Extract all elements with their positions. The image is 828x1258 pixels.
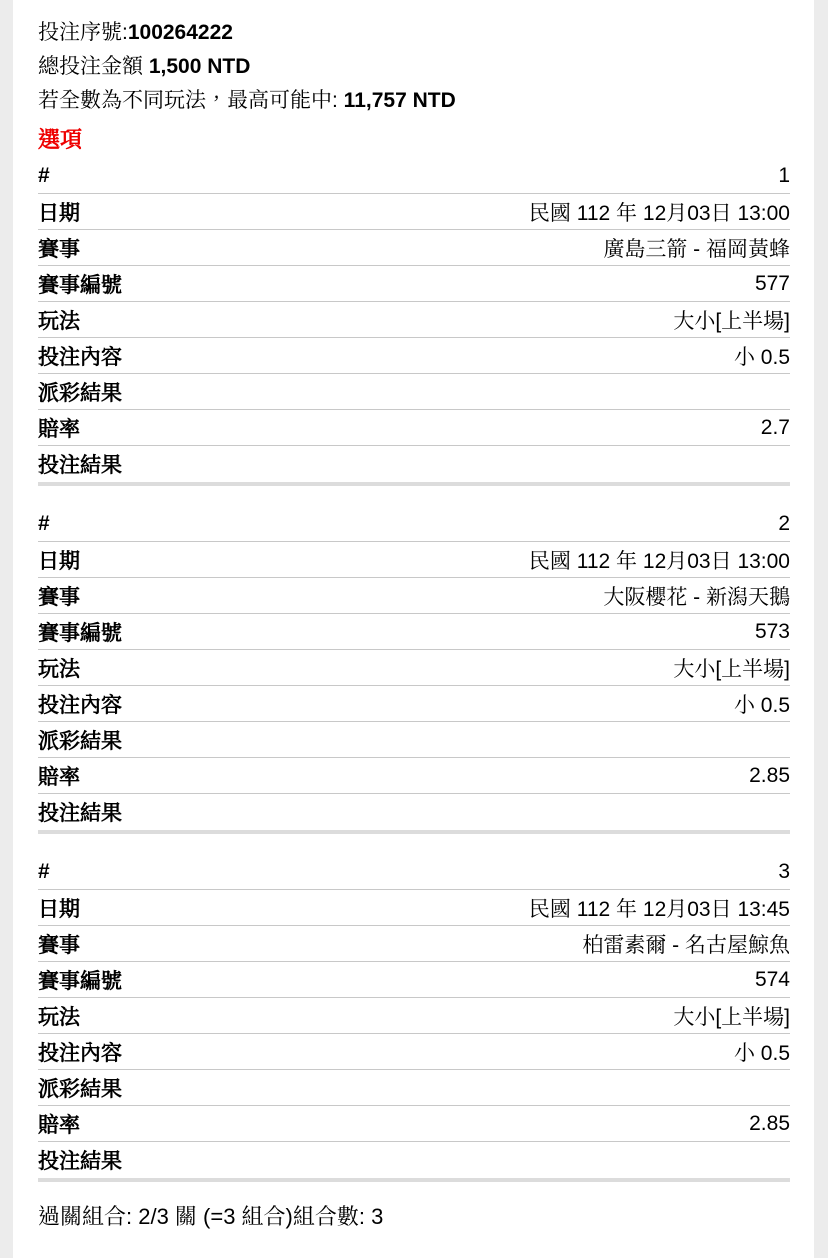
bet-row-event-no: 賽事編號574	[38, 962, 790, 998]
row-label: 賽事編號	[38, 617, 122, 647]
row-value: 大小[上半場]	[673, 1001, 790, 1031]
options-title: 選項	[38, 122, 790, 158]
bet-row-bet-result: 投注結果	[38, 794, 790, 830]
row-label: 玩法	[38, 1001, 80, 1031]
parlay-combination-summary: 過關組合: 2/3 關 (=3 組合)組合數: 3	[38, 1182, 790, 1234]
bet-row-event: 賽事廣島三箭 - 福岡黃蜂	[38, 230, 790, 266]
bet-row-index: #1	[38, 158, 790, 194]
row-value: 民國 112 年 12月03日 13:45	[529, 893, 790, 923]
row-value: 小 0.5	[734, 341, 790, 371]
row-label: 玩法	[38, 653, 80, 683]
row-value: 大阪櫻花 - 新潟天鵝	[603, 581, 790, 611]
bet-row-event: 賽事柏雷素爾 - 名古屋鯨魚	[38, 926, 790, 962]
total-amount-label: 總投注金額	[38, 55, 149, 78]
bet-row-odds: 賠率2.85	[38, 758, 790, 794]
row-label: 賽事	[38, 581, 80, 611]
row-value: 大小[上半場]	[673, 653, 790, 683]
row-value: 民國 112 年 12月03日 13:00	[529, 545, 790, 575]
row-value: 577	[755, 272, 790, 296]
bet-row-event-no: 賽事編號573	[38, 614, 790, 650]
row-value: 573	[755, 620, 790, 644]
row-label: 賠率	[38, 1109, 80, 1139]
bet-table: #2日期民國 112 年 12月03日 13:00賽事大阪櫻花 - 新潟天鵝賽事…	[38, 506, 790, 830]
row-value: 柏雷素爾 - 名古屋鯨魚	[582, 929, 790, 959]
row-label: 投注結果	[38, 449, 122, 479]
bet-serial-value: 100264222	[128, 21, 233, 44]
row-label: 賠率	[38, 761, 80, 791]
bet-row-index: #3	[38, 854, 790, 890]
bet-row-payout-result: 派彩結果	[38, 722, 790, 758]
row-value: 小 0.5	[734, 1037, 790, 1067]
bet-row-date: 日期民國 112 年 12月03日 13:45	[38, 890, 790, 926]
bet-row-bet-content: 投注內容小 0.5	[38, 686, 790, 722]
section-divider	[38, 482, 790, 486]
row-label: 投注結果	[38, 797, 122, 827]
bet-row-event-no: 賽事編號577	[38, 266, 790, 302]
bet-row-odds: 賠率2.7	[38, 410, 790, 446]
bet-row-payout-result: 派彩結果	[38, 1070, 790, 1106]
row-label: 日期	[38, 197, 80, 227]
max-win-value: 11,757 NTD	[344, 89, 456, 112]
row-label: #	[38, 512, 50, 536]
row-value: 2.7	[761, 416, 790, 440]
bet-row-date: 日期民國 112 年 12月03日 13:00	[38, 542, 790, 578]
bet-record-card: 投注序號:100264222 總投注金額 1,500 NTD 若全數為不同玩法，…	[13, 0, 814, 1258]
row-value: 廣島三箭 - 福岡黃蜂	[603, 233, 790, 263]
bet-serial-line: 投注序號:100264222	[38, 16, 790, 50]
row-label: 派彩結果	[38, 725, 122, 755]
row-label: #	[38, 164, 50, 188]
row-value: 574	[755, 968, 790, 992]
bet-row-play-type: 玩法大小[上半場]	[38, 998, 790, 1034]
row-label: #	[38, 860, 50, 884]
row-value: 大小[上半場]	[673, 305, 790, 335]
row-label: 投注內容	[38, 689, 122, 719]
row-label: 日期	[38, 893, 80, 923]
bet-row-event: 賽事大阪櫻花 - 新潟天鵝	[38, 578, 790, 614]
bet-row-date: 日期民國 112 年 12月03日 13:00	[38, 194, 790, 230]
row-label: 派彩結果	[38, 377, 122, 407]
bet-row-bet-content: 投注內容小 0.5	[38, 1034, 790, 1070]
bet-serial-label: 投注序號:	[38, 21, 128, 44]
row-label: 投注內容	[38, 341, 122, 371]
row-label: 賠率	[38, 413, 80, 443]
row-label: 賽事編號	[38, 965, 122, 995]
bet-row-bet-result: 投注結果	[38, 1142, 790, 1178]
total-amount-line: 總投注金額 1,500 NTD	[38, 50, 790, 84]
bet-row-odds: 賠率2.85	[38, 1106, 790, 1142]
bet-row-bet-content: 投注內容小 0.5	[38, 338, 790, 374]
bet-table: #1日期民國 112 年 12月03日 13:00賽事廣島三箭 - 福岡黃蜂賽事…	[38, 158, 790, 482]
bet-row-index: #2	[38, 506, 790, 542]
bets-list: #1日期民國 112 年 12月03日 13:00賽事廣島三箭 - 福岡黃蜂賽事…	[38, 158, 790, 1182]
row-label: 賽事編號	[38, 269, 122, 299]
row-label: 賽事	[38, 929, 80, 959]
row-value: 小 0.5	[734, 689, 790, 719]
row-label: 投注內容	[38, 1037, 122, 1067]
row-value: 2.85	[749, 1112, 790, 1136]
max-win-line: 若全數為不同玩法，最高可能中: 11,757 NTD	[38, 84, 790, 118]
row-value: 2.85	[749, 764, 790, 788]
row-label: 日期	[38, 545, 80, 575]
row-label: 投注結果	[38, 1145, 122, 1175]
bet-row-play-type: 玩法大小[上半場]	[38, 302, 790, 338]
section-divider	[38, 830, 790, 834]
row-value: 民國 112 年 12月03日 13:00	[529, 197, 790, 227]
row-value: 3	[778, 860, 790, 884]
total-amount-value: 1,500 NTD	[149, 55, 251, 78]
bet-row-bet-result: 投注結果	[38, 446, 790, 482]
row-value: 1	[778, 164, 790, 188]
row-label: 賽事	[38, 233, 80, 263]
max-win-label: 若全數為不同玩法，最高可能中:	[38, 89, 344, 112]
bet-row-play-type: 玩法大小[上半場]	[38, 650, 790, 686]
row-value: 2	[778, 512, 790, 536]
row-label: 玩法	[38, 305, 80, 335]
bet-table: #3日期民國 112 年 12月03日 13:45賽事柏雷素爾 - 名古屋鯨魚賽…	[38, 854, 790, 1178]
bet-row-payout-result: 派彩結果	[38, 374, 790, 410]
row-label: 派彩結果	[38, 1073, 122, 1103]
